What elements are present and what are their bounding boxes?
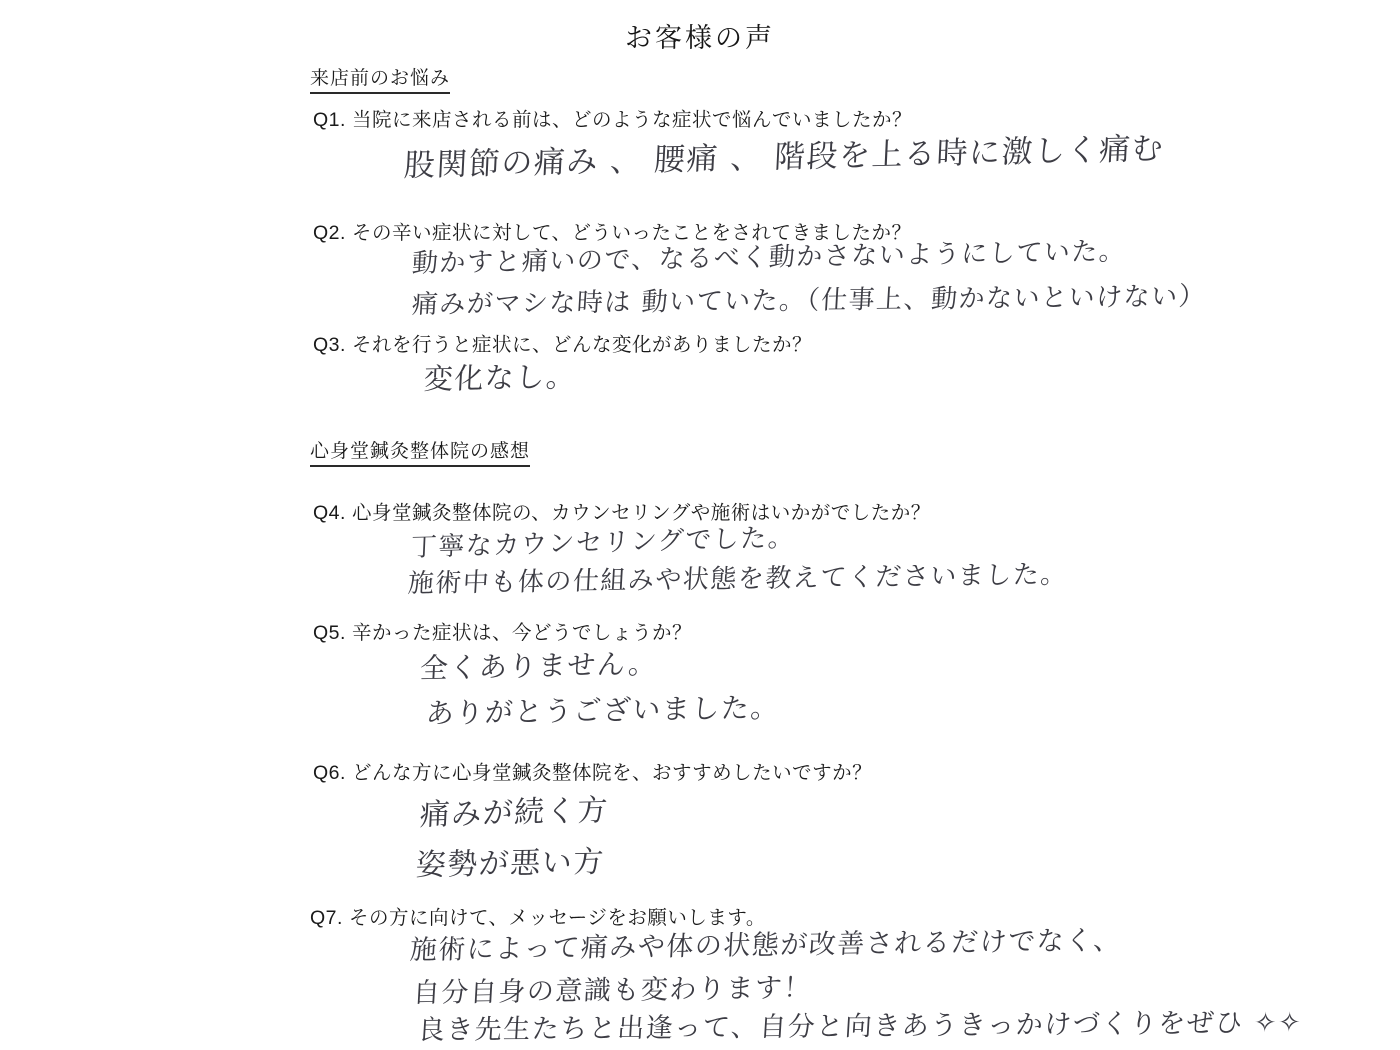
- handwritten-answer-q1-line1: 股関節の痛み 、 腰痛 、 階段を上る時に激しく痛む: [403, 123, 1165, 185]
- handwritten-answer-q2-line2: 痛みがマシな時は 動いていた。（仕事上、動かないといけない）: [411, 276, 1207, 321]
- handwritten-answer-q7-line3: 良き先生たちと出逢って、自分と向きあうきっかけづくりをぜひ ✧✧: [417, 1000, 1304, 1047]
- handwritten-answer-q6-line1: 痛みが続く方: [419, 785, 610, 834]
- section-heading-before-visit: 来店前のお悩み: [310, 63, 450, 94]
- question-number: Q4.: [313, 502, 346, 524]
- handwritten-answer-q5-line2: ありがとうございました。: [425, 686, 781, 732]
- handwritten-answer-q3-line1: 変化なし。: [423, 354, 578, 398]
- handwritten-answer-q7-line2: 自分自身の意識も変わります！: [412, 965, 813, 1010]
- question-text: どんな方に心身堂鍼灸整体院を、おすすめしたいですか？: [352, 762, 872, 784]
- question-number: Q7.: [310, 907, 343, 929]
- question-q6: Q6.どんな方に心身堂鍼灸整体院を、おすすめしたいですか？: [313, 757, 872, 785]
- question-text: 辛かった症状は、今どうでしょうか？: [352, 622, 692, 644]
- question-number: Q2.: [313, 222, 346, 244]
- question-number: Q3.: [313, 334, 346, 356]
- handwritten-answer-q6-line2: 姿勢が悪い方: [415, 837, 606, 884]
- handwritten-answer-q5-line1: 全くありません。: [419, 642, 659, 687]
- question-q5: Q5.辛かった症状は、今どうでしょうか？: [313, 617, 692, 645]
- question-q1: Q1.当院に来店される前は、どのような症状で悩んでいましたか？: [313, 104, 912, 132]
- question-number: Q1.: [313, 109, 346, 131]
- page-title: お客様の声: [0, 16, 1400, 55]
- handwritten-answer-q4-line2: 施術中も体の仕組みや状態を教えてくださいました。: [407, 554, 1069, 600]
- question-number: Q6.: [313, 762, 346, 784]
- scanned-questionnaire-page: お客様の声 来店前のお悩み Q1.当院に来店される前は、どのような症状で悩んでい…: [0, 0, 1400, 1050]
- question-number: Q5.: [313, 622, 346, 644]
- section-heading-clinic-impressions: 心身堂鍼灸整体院の感想: [310, 436, 530, 467]
- question-q3: Q3.それを行うと症状に、どんな変化がありましたか？: [313, 329, 812, 357]
- question-text: それを行うと症状に、どんな変化がありましたか？: [352, 334, 812, 356]
- question-text: 当院に来店される前は、どのような症状で悩んでいましたか？: [352, 109, 912, 131]
